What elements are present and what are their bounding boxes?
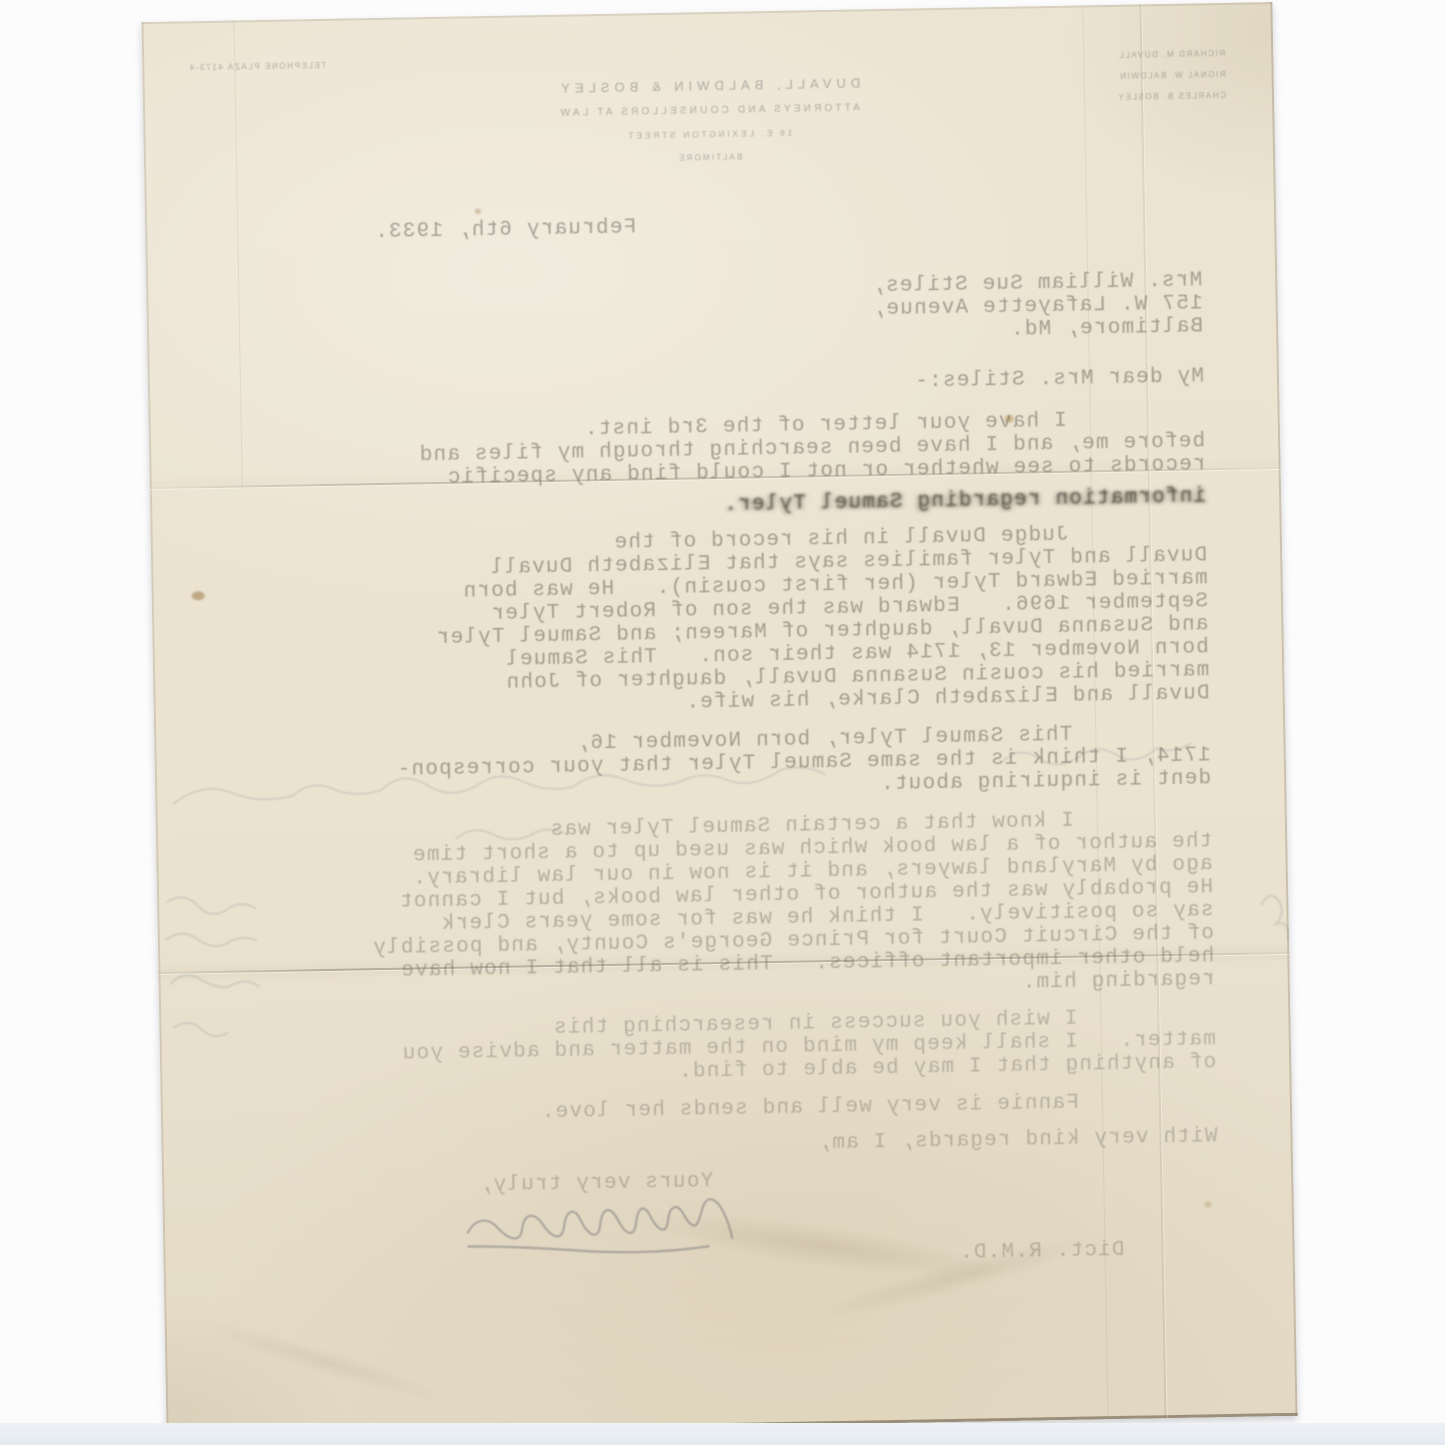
paragraph-2: Judge Duvall in his record of theDuvall …: [434, 521, 1210, 719]
dictation-note: Dict. R.M.D.: [959, 1239, 1125, 1265]
mirrored-showthrough-text: RICHARD M. DUVALLRIGNAL W. BALDWINCHARLE…: [142, 2, 1298, 1436]
paragraph-4: I know that a certain Samuel Tyler wasth…: [370, 807, 1215, 1006]
paragraph-1: I have your letter of the 3rd inst.befor…: [418, 407, 1206, 490]
letterhead-telephone: TELEPHONE PLAZA 4173-4: [188, 61, 326, 72]
date-line: February 6th, 1933.: [374, 216, 637, 244]
recipient-address: Mrs. William Sue Stiles,157 W. Lafayette…: [871, 269, 1203, 344]
paragraph-3: This Samuel Tyler, born November 16,1714…: [396, 721, 1211, 804]
family-note-line: Fannie is very well and sends her love.: [540, 1089, 1217, 1124]
salutation: My dear Mrs. Stiles:-: [914, 365, 1204, 393]
paragraph-1-smeared-line: information regarding Samuel Tyler.: [723, 485, 1206, 517]
letterhead-street: 16 E. LEXINGTON STREET: [144, 119, 1275, 149]
signature-handwriting: [437, 1180, 738, 1265]
text-line: RICHARD M. DUVALL: [1116, 43, 1225, 66]
letterhead: DUVALL, BALDWIN & BOSLEY ATTORNEYS AND C…: [143, 68, 1275, 172]
regards-line: With very kind regards, I am,: [817, 1125, 1218, 1155]
letterhead-city: BALTIMORE: [144, 143, 1275, 172]
paragraph-5: I wish you success in researching thisma…: [401, 1005, 1216, 1088]
scanner-background-strip: [0, 1423, 1445, 1445]
letter-paper: RICHARD M. DUVALLRIGNAL W. BALDWINCHARLE…: [142, 2, 1298, 1436]
